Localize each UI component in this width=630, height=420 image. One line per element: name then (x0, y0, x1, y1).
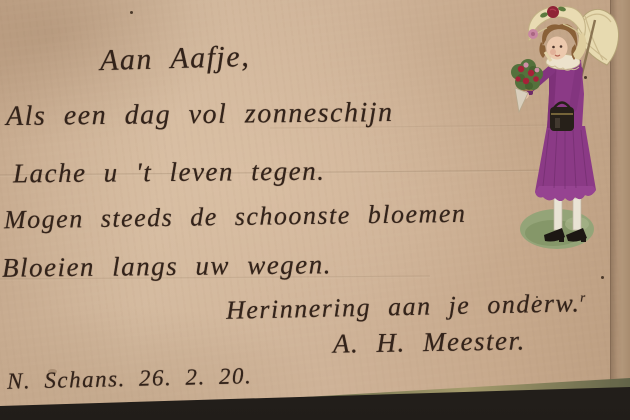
girl-in-purple-dress-scrap (483, 2, 623, 260)
place-date-text: N. Schans. 26. 2. 20. (7, 363, 253, 395)
rose-on-bonnet (547, 6, 559, 18)
dedication-superscript: r (580, 290, 585, 305)
poem-line-2: Lache u 't leven tegen. (13, 156, 326, 190)
poem-line-1: Als een dag vol zonneschijn (6, 97, 394, 133)
poem-line-4: Bloeien langs uw wegen. (2, 249, 332, 283)
dedication-text: Herinnering aan je onderw.r (226, 288, 586, 326)
ink-speck (130, 11, 133, 14)
signature-text: A. H. Meester. (333, 325, 526, 359)
flower-bouquet-icon (511, 59, 543, 112)
dedication-main: Herinnering aan je onderw. (226, 288, 581, 324)
poem-line-3: Mogen steeds de schoonste bloemen (4, 199, 467, 235)
salutation-text: Aan Aafje, (100, 40, 251, 78)
ink-speck (601, 276, 604, 279)
album-page-photo: Aan Aafje, Als een dag vol zonneschijn L… (0, 0, 630, 420)
girl-face (547, 37, 568, 60)
